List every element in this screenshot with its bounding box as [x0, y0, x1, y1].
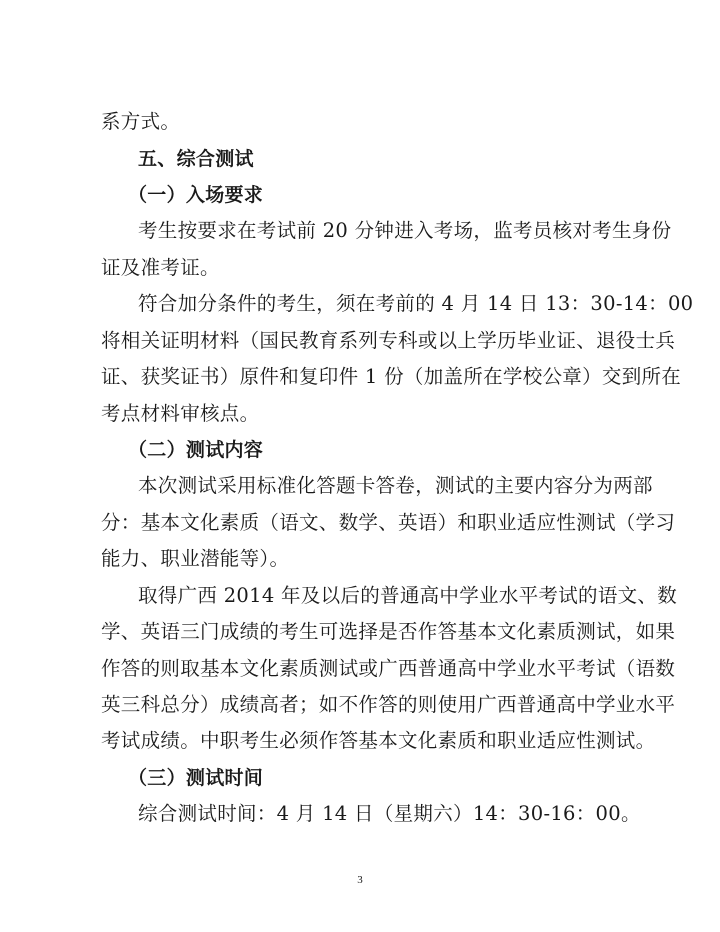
paragraph-line: 考生按要求在考试前 20 分钟进入考场，监考员核对考生身份: [138, 219, 698, 243]
paragraph-line: 本次测试采用标准化答题卡答卷，测试的主要内容分为两部: [138, 474, 698, 498]
section-heading-comprehensive-test: 五、综合测试: [138, 147, 698, 171]
paragraph-line: 符合加分条件的考生，须在考前的 4 月 14 日 13：30-14：00: [138, 292, 698, 316]
paragraph-line: 英三科总分）成绩高者；如不作答的则使用广西普通高中学业水平: [101, 693, 661, 717]
paragraph-line: 学、英语三门成绩的考生可选择是否作答基本文化素质测试，如果: [101, 620, 661, 644]
paragraph-line: 能力、职业潜能等）。: [101, 547, 661, 571]
page-number: 3: [0, 874, 720, 886]
paragraph-line: 证及准考证。: [101, 256, 661, 280]
paragraph-line: 取得广西 2014 年及以后的普通高中学业水平考试的语文、数: [138, 584, 698, 608]
subheading-test-time: （三）测试时间: [128, 766, 688, 790]
paragraph-line: 考试成绩。中职考生必须作答基本文化素质和职业适应性测试。: [101, 729, 661, 753]
paragraph-line: 综合测试时间：4 月 14 日（星期六）14：30-16：00。: [138, 802, 698, 826]
paragraph-line: 证、获奖证书）原件和复印件 1 份（加盖所在学校公章）交到所在: [101, 365, 661, 389]
document-page: 系方式。 五、综合测试 （一）入场要求 考生按要求在考试前 20 分钟进入考场，…: [0, 0, 720, 932]
subheading-test-content: （二）测试内容: [128, 438, 688, 462]
paragraph-line: 将相关证明材料（国民教育系列专科或以上学历毕业证、退役士兵: [101, 329, 661, 353]
paragraph-line: 作答的则取基本文化素质测试或广西普通高中学业水平考试（语数: [101, 657, 661, 681]
paragraph-line: 分：基本文化素质（语文、数学、英语）和职业适应性测试（学习: [101, 511, 661, 535]
paragraph-line: 考点材料审核点。: [101, 402, 661, 426]
paragraph-continuation: 系方式。: [101, 110, 661, 134]
subheading-entry-requirements: （一）入场要求: [128, 183, 688, 207]
